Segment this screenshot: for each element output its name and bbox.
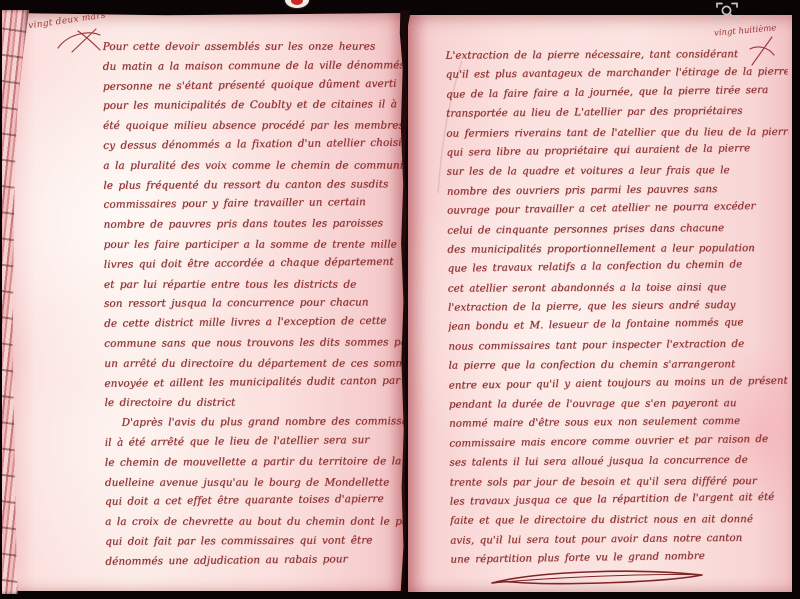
manuscript-line: cy dessus dénommés a la fixation d'un at… bbox=[103, 134, 403, 157]
manuscript-line: il à été arrêté que le lieu de l'atellie… bbox=[105, 431, 405, 454]
manuscript-line: commissaires pour y faire travailler un … bbox=[103, 193, 403, 216]
manuscript-line: cet atellier seront abandonnés a la tois… bbox=[448, 278, 790, 299]
manuscript-line: entre eux pour qu'il y aient toujours au… bbox=[449, 371, 791, 395]
manuscript-line: personne ne s'étant présenté quoique dûm… bbox=[103, 74, 403, 97]
manuscript-line: livres qui doit être accordée a chaque d… bbox=[104, 252, 404, 275]
manuscript-line: le chemin de mouvellette a partir du ter… bbox=[105, 452, 405, 473]
manuscript-line: ses talents il lui sera alloué jusqua la… bbox=[449, 451, 791, 474]
manuscript-line: nombre de pauvres pris dans toutes les p… bbox=[104, 214, 404, 235]
paraph-icon bbox=[54, 26, 106, 54]
left-page-text: Pour cette devoir assemblés sur les onze… bbox=[103, 36, 406, 586]
manuscript-line: de cette district mille livres a l'excep… bbox=[104, 312, 404, 335]
manuscript-line: L'extraction de la pierre nécessaire, ta… bbox=[446, 45, 788, 66]
manuscript-line: dénommés une adjudication au rabais pour bbox=[105, 549, 405, 572]
manuscript-line: et par lui répartie entre tous les distr… bbox=[104, 275, 404, 295]
left-page: vingt deux mars Pour cette devoir assemb… bbox=[8, 13, 404, 591]
manuscript-line: pendant la durée de l'ouvrage que s'en p… bbox=[449, 394, 791, 415]
right-page-text: L'extraction de la pierre nécessaire, ta… bbox=[445, 43, 792, 576]
red-marker-badge bbox=[285, 0, 309, 8]
manuscript-line: envoyée et aillent les municipalités dud… bbox=[104, 371, 404, 394]
manuscript-line: celui de cinquante personnes prises dans… bbox=[447, 218, 789, 241]
manuscript-line: qui doit a cet effet être quarante toise… bbox=[105, 490, 405, 513]
manuscript-line: a la croix de chevrette au bout du chemi… bbox=[105, 513, 405, 533]
manuscript-line: nous commissaires tant pour inspecter l'… bbox=[448, 334, 790, 357]
manuscript-line: le directoire du district bbox=[104, 394, 404, 414]
flourish-icon bbox=[488, 567, 710, 591]
manuscript-line: commune sans que nous trouvons les dits … bbox=[104, 333, 404, 354]
manuscript-line: transportée au lieu de L'atellier par de… bbox=[446, 102, 788, 125]
manuscript-line: a la pluralité des voix comme le chemin … bbox=[103, 156, 403, 176]
manuscript-line: que les travaux relatifs a la confection… bbox=[447, 255, 789, 279]
manuscript-line: faite et que le directoire du district n… bbox=[450, 510, 792, 531]
manuscript-line: les travaux jusqua ce que la répartition… bbox=[450, 488, 792, 512]
right-page: vingt huitième L'extraction de la pierre… bbox=[408, 15, 792, 592]
manuscript-line: qui sera libre au propriétaire qui aurai… bbox=[446, 139, 788, 163]
manuscript-line: Pour cette devoir assemblés sur les onze… bbox=[103, 38, 403, 58]
manuscript-line: sur les de la quadre et voitures a leur … bbox=[447, 161, 789, 182]
manuscript-photo: vingt deux mars Pour cette devoir assemb… bbox=[0, 0, 800, 599]
zoom-viewfinder-icon[interactable] bbox=[714, 1, 740, 22]
red-marker-dot bbox=[291, 0, 303, 5]
manuscript-line: pour les municipalités de Coublty et de … bbox=[103, 96, 403, 117]
